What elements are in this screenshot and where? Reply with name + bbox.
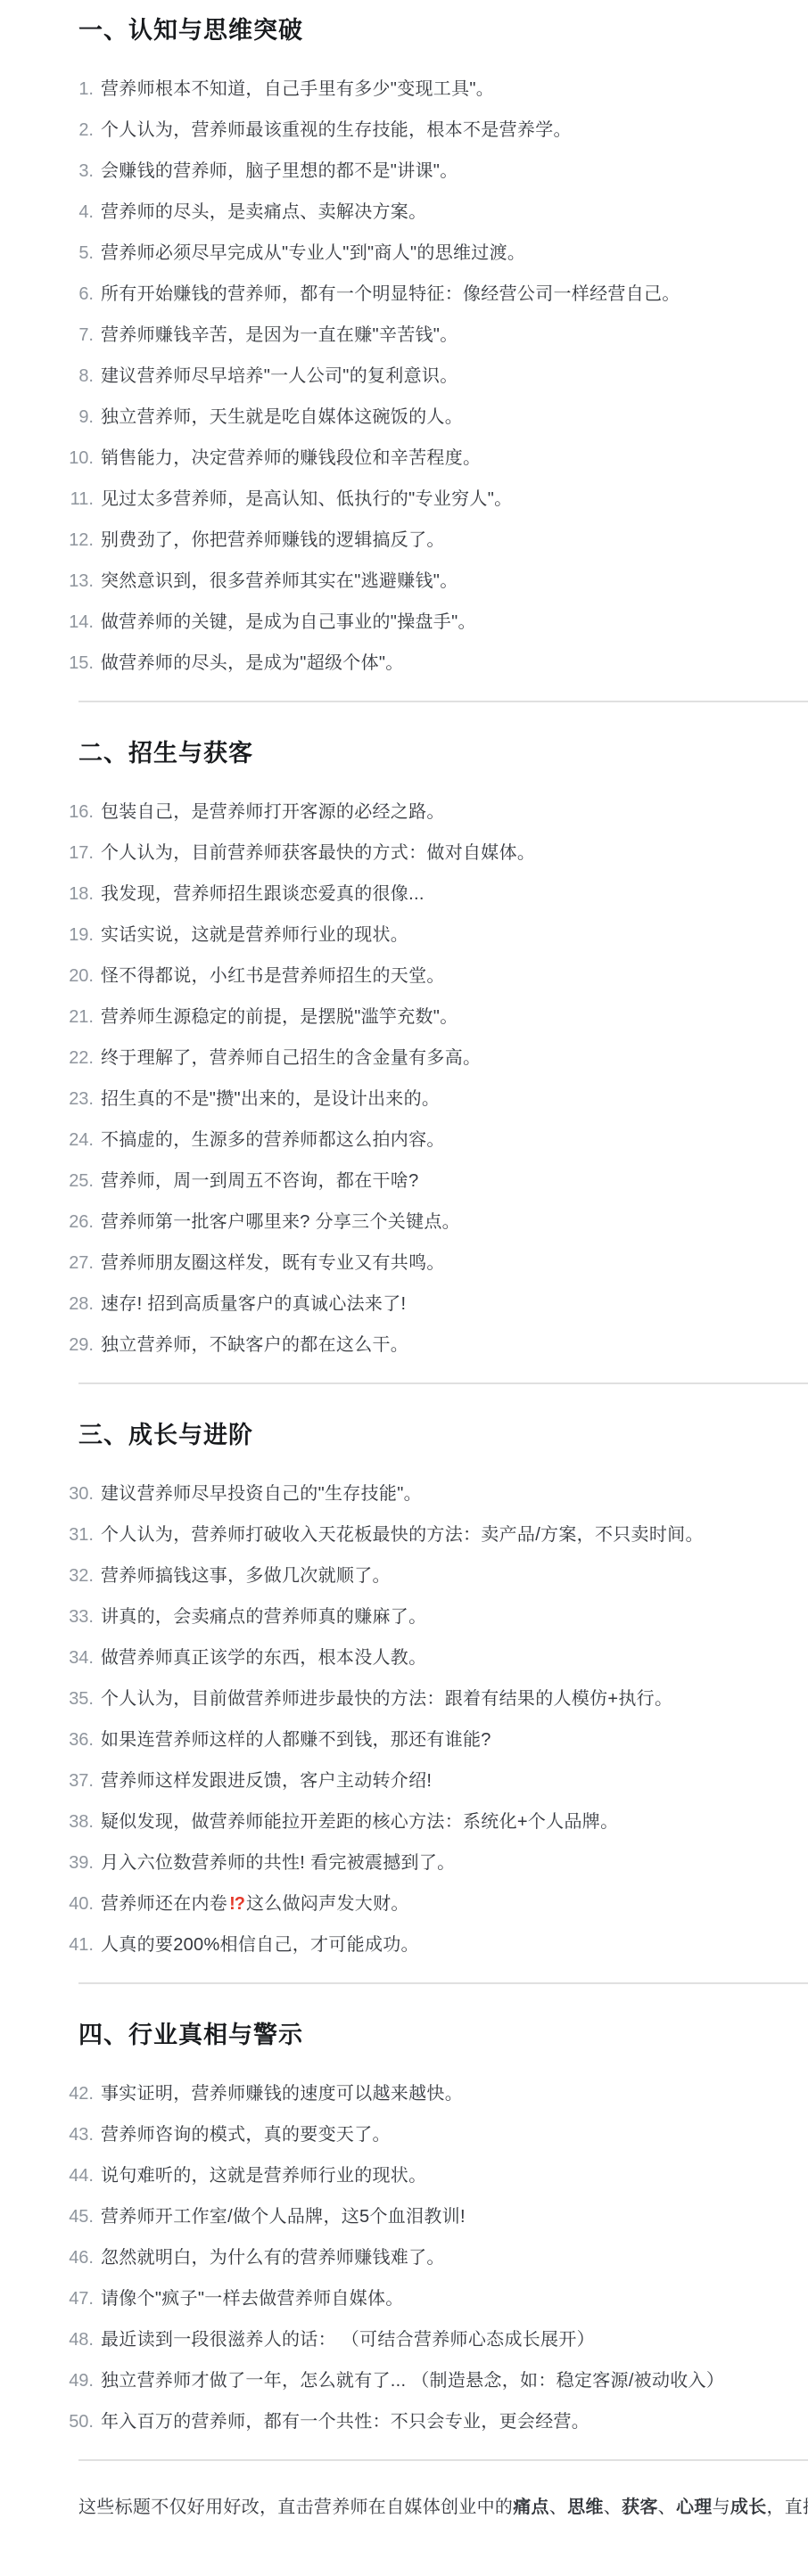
section-title: 四、行业真相与警示 <box>78 2019 808 2051</box>
item-number: 49. <box>36 2368 94 2393</box>
list-item: 18.我发现，营养师招生跟谈恋爱真的很像... <box>0 882 808 907</box>
item-text: 年入百万的营养师，都有一个共性：不只会专业，更会经营。 <box>101 2409 590 2434</box>
item-text: 做营养师真正该学的东西，根本没人教。 <box>101 1645 426 1670</box>
item-number: 50. <box>36 2409 94 2434</box>
item-number: 28. <box>36 1292 94 1317</box>
item-text: 别费劲了，你把营养师赚钱的逻辑搞反了。 <box>101 528 445 553</box>
truncated-paragraph: 这些标题不仅好用好改，直击营养师在自媒体创业中的痛点、思维、获客、心理与成长，直… <box>78 2495 808 2520</box>
item-text: 营养师必须尽早完成从"专业人"到"商人"的思维过渡。 <box>101 241 525 266</box>
item-text: 营养师开工作室/做个人品牌，这5个血泪教训! <box>101 2204 466 2229</box>
item-text: 疑似发现，做营养师能拉开差距的核心方法：系统化+个人品牌。 <box>101 1809 618 1834</box>
list-item: 20.怪不得都说，小红书是营养师招生的天堂。 <box>0 964 808 989</box>
item-number: 22. <box>36 1046 94 1071</box>
item-text: 所有开始赚钱的营养师，都有一个明显特征：像经营公司一样经营自己。 <box>101 282 680 307</box>
list-item: 30.建议营养师尽早投资自己的"生存技能"。 <box>0 1481 808 1506</box>
list-item: 49.独立营养师才做了一年，怎么就有了... （制造悬念，如：稳定客源/被动收入… <box>0 2368 808 2393</box>
footer-text: ，直接选用或稍作修改即可。 <box>767 2498 808 2517</box>
item-text: 终于理解了，营养师自己招生的含金量有多高。 <box>101 1046 481 1071</box>
item-text: 做营养师的关键，是成为自己事业的"操盘手"。 <box>101 610 476 635</box>
item-text: 如果连营养师这样的人都赚不到钱，那还有谁能? <box>101 1727 491 1752</box>
item-text: 实话实说，这就是营养师行业的现状。 <box>101 923 408 948</box>
list-item: 17.个人认为，目前营养师获客最快的方式：做对自媒体。 <box>0 841 808 866</box>
section: 一、认知与思维突破1.营养师根本不知道，自己手里有多少"变现工具"。2.个人认为… <box>0 14 808 676</box>
list-item: 13.突然意识到，很多营养师其实在"逃避赚钱"。 <box>0 569 808 594</box>
item-text: 说句难听的，这就是营养师行业的现状。 <box>101 2163 426 2188</box>
list-item: 11.见过太多营养师，是高认知、低执行的"专业穷人"。 <box>0 487 808 512</box>
item-text: 月入六位数营养师的共性! 看完被震撼到了。 <box>101 1850 455 1875</box>
item-number: 45. <box>36 2204 94 2229</box>
item-text: 请像个"疯子"一样去做营养师自媒体。 <box>101 2286 404 2311</box>
section-title: 一、认知与思维突破 <box>78 14 808 46</box>
list-item: 27.营养师朋友圈这样发，既有专业又有共鸣。 <box>0 1251 808 1276</box>
item-number: 4. <box>36 200 94 225</box>
list-item: 24.不搞虚的，生源多的营养师都这么拍内容。 <box>0 1128 808 1153</box>
item-number: 16. <box>36 800 94 824</box>
item-number: 15. <box>36 651 94 676</box>
list-item: 39.月入六位数营养师的共性! 看完被震撼到了。 <box>0 1850 808 1875</box>
footer-bold-text: 获客 <box>622 2498 658 2517</box>
section: 三、成长与进阶30.建议营养师尽早投资自己的"生存技能"。31.个人认为，营养师… <box>0 1419 808 1957</box>
item-list: 42.事实证明，营养师赚钱的速度可以越来越快。43.营养师咨询的模式，真的要变天… <box>0 2081 808 2434</box>
list-item: 9.独立营养师，天生就是吃自媒体这碗饭的人。 <box>0 405 808 430</box>
item-text: 最近读到一段很滋养人的话： （可结合营养师心态成长展开） <box>101 2327 595 2352</box>
list-item: 47.请像个"疯子"一样去做营养师自媒体。 <box>0 2286 808 2311</box>
item-number: 36. <box>36 1727 94 1752</box>
list-item: 42.事实证明，营养师赚钱的速度可以越来越快。 <box>0 2081 808 2106</box>
item-list: 30.建议营养师尽早投资自己的"生存技能"。31.个人认为，营养师打破收入天花板… <box>0 1481 808 1957</box>
item-number: 13. <box>36 569 94 594</box>
item-text: 营养师搞钱这事，多做几次就顺了。 <box>101 1563 391 1588</box>
list-item: 35.个人认为，目前做营养师进步最快的方法：跟着有结果的人模仿+执行。 <box>0 1686 808 1711</box>
item-number: 25. <box>36 1169 94 1194</box>
item-number: 27. <box>36 1251 94 1276</box>
item-text: 会赚钱的营养师，脑子里想的都不是"讲课"。 <box>101 159 458 184</box>
item-text: 人真的要200%相信自己，才可能成功。 <box>101 1932 419 1957</box>
list-item: 26.营养师第一批客户哪里来? 分享三个关键点。 <box>0 1210 808 1235</box>
item-text: 营养师这样发跟进反馈，客户主动转介绍! <box>101 1768 432 1793</box>
footer-text: 与 <box>713 2498 730 2517</box>
item-text: 突然意识到，很多营养师其实在"逃避赚钱"。 <box>101 569 458 594</box>
list-item: 40.营养师还在内卷!?这么做闷声发大财。 <box>0 1891 808 1916</box>
list-item: 7.营养师赚钱辛苦，是因为一直在赚"辛苦钱"。 <box>0 323 808 348</box>
list-item: 44.说句难听的，这就是营养师行业的现状。 <box>0 2163 808 2188</box>
interrobang-emoji: !? <box>227 1894 246 1914</box>
section-divider <box>78 1982 808 1984</box>
item-number: 48. <box>36 2327 94 2352</box>
item-number: 5. <box>36 241 94 266</box>
list-item: 22.终于理解了，营养师自己招生的含金量有多高。 <box>0 1046 808 1071</box>
list-item: 3.会赚钱的营养师，脑子里想的都不是"讲课"。 <box>0 159 808 184</box>
item-number: 37. <box>36 1768 94 1793</box>
item-number: 30. <box>36 1481 94 1506</box>
item-text: 事实证明，营养师赚钱的速度可以越来越快。 <box>101 2081 463 2106</box>
item-text: 讲真的，会卖痛点的营养师真的赚麻了。 <box>101 1604 426 1629</box>
list-item: 1.营养师根本不知道，自己手里有多少"变现工具"。 <box>0 77 808 102</box>
list-item: 8.建议营养师尽早培养"一人公司"的复利意识。 <box>0 364 808 389</box>
item-text: 营养师根本不知道，自己手里有多少"变现工具"。 <box>101 77 494 102</box>
item-number: 20. <box>36 964 94 989</box>
footer-text: 这些标题不仅好用好改，直击营养师在自媒体创业中的 <box>78 2498 513 2517</box>
list-item: 12.别费劲了，你把营养师赚钱的逻辑搞反了。 <box>0 528 808 553</box>
item-number: 34. <box>36 1645 94 1670</box>
item-number: 3. <box>36 159 94 184</box>
item-list: 16.包装自己，是营养师打开客源的必经之路。17.个人认为，目前营养师获客最快的… <box>0 800 808 1358</box>
list-item: 32.营养师搞钱这事，多做几次就顺了。 <box>0 1563 808 1588</box>
item-text: 忽然就明白，为什么有的营养师赚钱难了。 <box>101 2245 445 2270</box>
item-number: 19. <box>36 923 94 948</box>
item-text: 建议营养师尽早培养"一人公司"的复利意识。 <box>101 364 458 389</box>
item-number: 9. <box>36 405 94 430</box>
item-number: 1. <box>36 77 94 102</box>
item-text: 我发现，营养师招生跟谈恋爱真的很像... <box>101 882 425 907</box>
item-text: 营养师还在内卷!?这么做闷声发大财。 <box>101 1891 409 1916</box>
list-item: 38.疑似发现，做营养师能拉开差距的核心方法：系统化+个人品牌。 <box>0 1809 808 1834</box>
item-text: 营养师咨询的模式，真的要变天了。 <box>101 2122 391 2147</box>
item-text: 销售能力，决定营养师的赚钱段位和辛苦程度。 <box>101 446 481 471</box>
list-item: 37.营养师这样发跟进反馈，客户主动转介绍! <box>0 1768 808 1793</box>
list-item: 14.做营养师的关键，是成为自己事业的"操盘手"。 <box>0 610 808 635</box>
item-number: 42. <box>36 2081 94 2106</box>
footer-text: 、 <box>549 2498 567 2517</box>
list-item: 50.年入百万的营养师，都有一个共性：不只会专业，更会经营。 <box>0 2409 808 2434</box>
section-divider <box>78 2459 808 2461</box>
footer-bold-text: 成长 <box>730 2498 767 2517</box>
item-text: 营养师赚钱辛苦，是因为一直在赚"辛苦钱"。 <box>101 323 458 348</box>
item-number: 10. <box>36 446 94 471</box>
item-text: 独立营养师，天生就是吃自媒体这碗饭的人。 <box>101 405 463 430</box>
item-number: 18. <box>36 882 94 907</box>
footer-bold-text: 思维 <box>567 2498 604 2517</box>
list-item: 41.人真的要200%相信自己，才可能成功。 <box>0 1932 808 1957</box>
list-item: 6.所有开始赚钱的营养师，都有一个明显特征：像经营公司一样经营自己。 <box>0 282 808 307</box>
item-text: 营养师第一批客户哪里来? 分享三个关键点。 <box>101 1210 460 1235</box>
list-item: 31.个人认为，营养师打破收入天花板最快的方法：卖产品/方案，不只卖时间。 <box>0 1522 808 1547</box>
item-number: 12. <box>36 528 94 553</box>
section-title: 三、成长与进阶 <box>78 1419 808 1451</box>
list-item: 21.营养师生源稳定的前提，是摆脱"滥竽充数"。 <box>0 1005 808 1030</box>
item-text: 包装自己，是营养师打开客源的必经之路。 <box>101 800 445 824</box>
list-item: 46.忽然就明白，为什么有的营养师赚钱难了。 <box>0 2245 808 2270</box>
document-body: 一、认知与思维突破1.营养师根本不知道，自己手里有多少"变现工具"。2.个人认为… <box>0 0 808 2520</box>
item-number: 44. <box>36 2163 94 2188</box>
footer-bold-text: 痛点 <box>513 2498 549 2517</box>
section-divider <box>78 1382 808 1384</box>
item-number: 11. <box>36 487 94 512</box>
item-number: 41. <box>36 1932 94 1957</box>
item-text: 个人认为，营养师打破收入天花板最快的方法：卖产品/方案，不只卖时间。 <box>101 1522 704 1547</box>
item-text: 做营养师的尽头，是成为"超级个体"。 <box>101 651 404 676</box>
item-text: 见过太多营养师，是高认知、低执行的"专业穷人"。 <box>101 487 512 512</box>
section-divider <box>78 701 808 702</box>
list-item: 10.销售能力，决定营养师的赚钱段位和辛苦程度。 <box>0 446 808 471</box>
list-item: 23.招生真的不是"攒"出来的，是设计出来的。 <box>0 1087 808 1112</box>
section-title: 二、招生与获客 <box>78 737 808 769</box>
item-text: 独立营养师，不缺客户的都在这么干。 <box>101 1333 408 1358</box>
item-number: 31. <box>36 1522 94 1547</box>
item-text: 营养师生源稳定的前提，是摆脱"滥竽充数"。 <box>101 1005 458 1030</box>
list-item: 2.个人认为，营养师最该重视的生存技能，根本不是营养学。 <box>0 118 808 143</box>
item-number: 47. <box>36 2286 94 2311</box>
footer-text: 、 <box>604 2498 622 2517</box>
item-text: 营养师的尽头，是卖痛点、卖解决方案。 <box>101 200 426 225</box>
item-text: 个人认为，目前做营养师进步最快的方法：跟着有结果的人模仿+执行。 <box>101 1686 672 1711</box>
list-item: 4.营养师的尽头，是卖痛点、卖解决方案。 <box>0 200 808 225</box>
section: 二、招生与获客16.包装自己，是营养师打开客源的必经之路。17.个人认为，目前营… <box>0 737 808 1358</box>
item-number: 40. <box>36 1891 94 1916</box>
item-number: 6. <box>36 282 94 307</box>
item-number: 14. <box>36 610 94 635</box>
list-item: 29.独立营养师，不缺客户的都在这么干。 <box>0 1333 808 1358</box>
item-text: 独立营养师才做了一年，怎么就有了... （制造悬念，如：稳定客源/被动收入） <box>101 2368 724 2393</box>
list-item: 43.营养师咨询的模式，真的要变天了。 <box>0 2122 808 2147</box>
item-number: 33. <box>36 1604 94 1629</box>
item-number: 32. <box>36 1563 94 1588</box>
list-item: 34.做营养师真正该学的东西，根本没人教。 <box>0 1645 808 1670</box>
item-list: 1.营养师根本不知道，自己手里有多少"变现工具"。2.个人认为，营养师最该重视的… <box>0 77 808 676</box>
item-text: 营养师朋友圈这样发，既有专业又有共鸣。 <box>101 1251 445 1276</box>
item-text: 招生真的不是"攒"出来的，是设计出来的。 <box>101 1087 440 1112</box>
item-text: 个人认为，目前营养师获客最快的方式：做对自媒体。 <box>101 841 535 866</box>
list-item: 45.营养师开工作室/做个人品牌，这5个血泪教训! <box>0 2204 808 2229</box>
item-number: 2. <box>36 118 94 143</box>
list-item: 15.做营养师的尽头，是成为"超级个体"。 <box>0 651 808 676</box>
item-text: 怪不得都说，小红书是营养师招生的天堂。 <box>101 964 445 989</box>
list-item: 5.营养师必须尽早完成从"专业人"到"商人"的思维过渡。 <box>0 241 808 266</box>
item-text: 不搞虚的，生源多的营养师都这么拍内容。 <box>101 1128 445 1153</box>
list-item: 28.速存! 招到高质量客户的真诚心法来了! <box>0 1292 808 1317</box>
item-number: 38. <box>36 1809 94 1834</box>
item-number: 21. <box>36 1005 94 1030</box>
item-number: 24. <box>36 1128 94 1153</box>
item-number: 7. <box>36 323 94 348</box>
item-number: 29. <box>36 1333 94 1358</box>
item-number: 35. <box>36 1686 94 1711</box>
list-item: 19.实话实说，这就是营养师行业的现状。 <box>0 923 808 948</box>
list-item: 33.讲真的，会卖痛点的营养师真的赚麻了。 <box>0 1604 808 1629</box>
item-number: 8. <box>36 364 94 389</box>
item-number: 23. <box>36 1087 94 1112</box>
item-text: 建议营养师尽早投资自己的"生存技能"。 <box>101 1481 422 1506</box>
section: 四、行业真相与警示42.事实证明，营养师赚钱的速度可以越来越快。43.营养师咨询… <box>0 2019 808 2434</box>
footer-text: 、 <box>658 2498 676 2517</box>
footer-bold-text: 心理 <box>676 2498 713 2517</box>
list-item: 36.如果连营养师这样的人都赚不到钱，那还有谁能? <box>0 1727 808 1752</box>
item-number: 17. <box>36 841 94 866</box>
item-text: 速存! 招到高质量客户的真诚心法来了! <box>101 1292 406 1317</box>
item-number: 39. <box>36 1850 94 1875</box>
item-number: 26. <box>36 1210 94 1235</box>
list-item: 25.营养师，周一到周五不咨询，都在干啥? <box>0 1169 808 1194</box>
item-text: 个人认为，营养师最该重视的生存技能，根本不是营养学。 <box>101 118 572 143</box>
item-number: 46. <box>36 2245 94 2270</box>
item-text: 营养师，周一到周五不咨询，都在干啥? <box>101 1169 419 1194</box>
item-number: 43. <box>36 2122 94 2147</box>
list-item: 16.包装自己，是营养师打开客源的必经之路。 <box>0 800 808 824</box>
list-item: 48.最近读到一段很滋养人的话： （可结合营养师心态成长展开） <box>0 2327 808 2352</box>
